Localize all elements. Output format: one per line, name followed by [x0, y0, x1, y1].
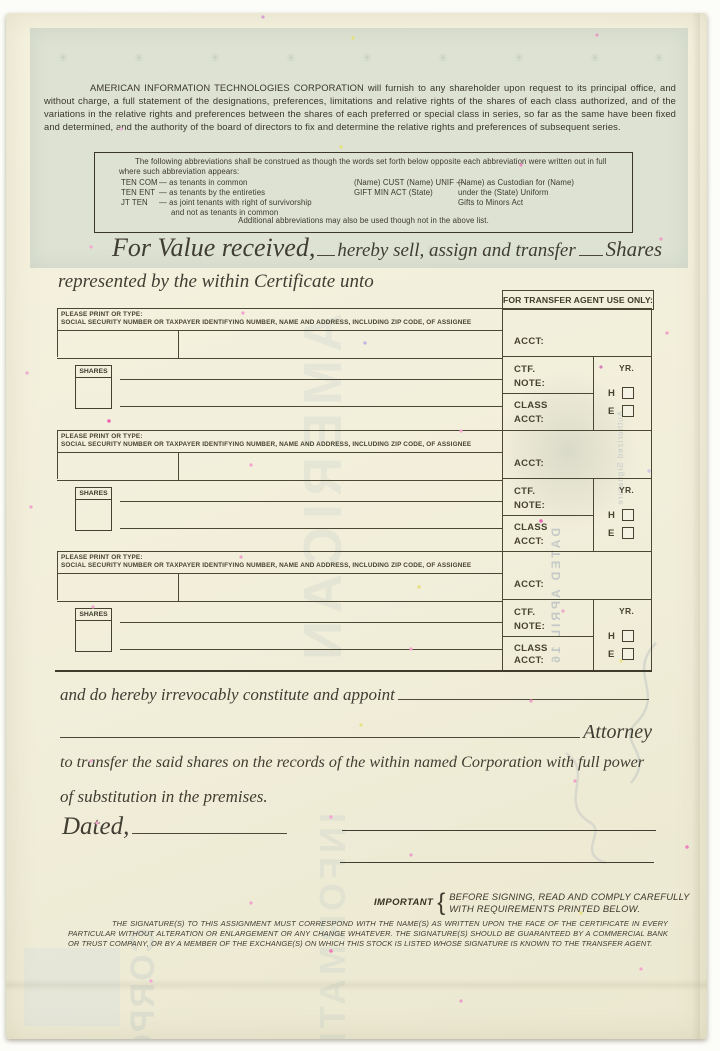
class-label: CLASS: [514, 643, 548, 654]
assignment-opening-line: For Value received, hereby sell, assign …: [112, 233, 662, 263]
agent-column-divider: [502, 430, 503, 551]
h-checkbox: [622, 509, 634, 521]
dated-line: Dated,: [62, 813, 290, 841]
represented-line: represented by the within Certificate un…: [58, 271, 374, 293]
pattern-star: [134, 49, 144, 67]
class-label: CLASS: [514, 400, 548, 411]
assignee-input-box: [57, 330, 502, 359]
shares-box: SHARES: [75, 608, 112, 652]
transfer-power-line: to transfer the said shares on the recor…: [60, 753, 644, 772]
attorney-text: Attorney: [583, 721, 652, 744]
ssn-cell: [57, 574, 179, 601]
pattern-star: [362, 49, 372, 67]
important-line2: WITH REQUIREMENTS PRINTED BELOW.: [449, 903, 689, 915]
appoint-line: and do hereby irrevocably constitute and…: [60, 685, 652, 705]
agent-column-divider: [502, 308, 503, 430]
class-acct-label: ACCT:: [514, 414, 544, 425]
dated-text: Dated,: [62, 813, 129, 841]
acct-label: ACCT:: [514, 336, 544, 347]
assignee-block: PLEASE PRINT OR TYPE: SOCIAL SECURITY NU…: [57, 308, 652, 430]
ctf-label: CTF.: [514, 486, 535, 497]
appoint-text: and do hereby irrevocably constitute and…: [60, 685, 395, 705]
abbreviations-intro: The following abbreviations shall be con…: [119, 157, 611, 177]
important-line1: BEFORE SIGNING, READ AND COMPLY CAREFULL…: [449, 891, 689, 903]
signature-line: [340, 862, 654, 863]
assignee-block: PLEASE PRINT OR TYPE: SOCIAL SECURITY NU…: [57, 551, 652, 670]
for-value-text: For Value received,: [112, 233, 315, 263]
pattern-star: [654, 49, 664, 67]
shares-word: Shares: [606, 237, 662, 262]
h-label: H: [608, 510, 615, 521]
h-checkbox: [622, 387, 634, 399]
shares-box: SHARES: [75, 487, 112, 531]
ctf-label: CTF.: [514, 364, 535, 375]
pattern-star: [58, 49, 68, 67]
abbrev-definition: (Name) as Custodian for (Name): [458, 178, 574, 188]
write-line: [120, 528, 502, 529]
signature-line: [342, 830, 656, 831]
yr-label: YR.: [619, 363, 634, 373]
hereby-text: hereby sell, assign and transfer: [337, 240, 575, 262]
shares-box-field: [75, 378, 112, 409]
class-acct-label: ACCT:: [514, 655, 544, 666]
yr-column-divider: [593, 478, 594, 551]
certificate-back-paper: AMERICAN INFORMATION CORPORATION DATED A…: [6, 13, 707, 1039]
acct-cell-border: [502, 356, 652, 357]
acct-label: ACCT:: [514, 458, 544, 469]
write-line: [120, 622, 502, 623]
paper-crease: [6, 979, 707, 991]
pattern-star: [514, 49, 524, 67]
abbrev-definition: — as joint tenants with right of survivo…: [159, 198, 312, 208]
h-label: H: [608, 388, 615, 399]
h-checkbox: [622, 630, 634, 642]
paper-speckles: [6, 13, 8, 15]
ctf-class-divider: [502, 393, 593, 394]
abbrev-term: TEN ENT: [121, 188, 155, 198]
ssn-cell: [57, 331, 179, 358]
assignee-caption: SOCIAL SECURITY NUMBER OR TAXPAYER IDENT…: [61, 562, 499, 570]
block-separator: [57, 430, 652, 431]
note-label: NOTE:: [514, 500, 545, 511]
abbrev-definition: under the (State) Uniform: [458, 188, 548, 198]
yr-column-divider: [593, 599, 594, 670]
abbrev-term: (Name) CUST (Name) UNIF —: [354, 178, 464, 188]
e-checkbox: [622, 405, 634, 417]
class-acct-label: ACCT:: [514, 536, 544, 547]
shares-box-label: SHARES: [75, 487, 112, 500]
important-notice: IMPORTANT { BEFORE SIGNING, READ AND COM…: [374, 891, 690, 914]
write-line: [120, 379, 502, 380]
shares-box-field: [75, 500, 112, 531]
e-label: E: [608, 649, 615, 660]
signature-requirements: THE SIGNATURE(S) TO THIS ASSIGNMENT MUST…: [68, 919, 668, 948]
abbrev-definition: — as tenants by the entireties: [159, 188, 265, 198]
ctf-class-divider: [502, 515, 593, 516]
acct-label: ACCT:: [514, 579, 544, 590]
pattern-star: [438, 49, 448, 67]
assignee-input-box: [57, 573, 502, 602]
appointee-blank-line: [398, 699, 649, 700]
yr-column-divider: [593, 356, 594, 430]
abbrev-term: JT TEN: [121, 198, 148, 208]
agent-column-divider: [502, 551, 503, 670]
please-print-label: PLEASE PRINT OR TYPE:: [61, 311, 499, 319]
abbrev-term: GIFT MIN ACT (State): [354, 188, 433, 198]
assignee-block: PLEASE PRINT OR TYPE: SOCIAL SECURITY NU…: [57, 430, 652, 551]
substitution-line: of substitution in the premises.: [60, 787, 268, 807]
transfer-agent-header-label: FOR TRANSFER AGENT USE ONLY:: [503, 295, 653, 305]
attorney-blank-line: [60, 737, 580, 738]
e-checkbox: [622, 648, 634, 660]
abbreviations-box: The following abbreviations shall be con…: [94, 152, 633, 233]
paper-crease: [692, 13, 700, 1039]
class-label: CLASS: [514, 522, 548, 533]
date-blank-line: [132, 833, 287, 834]
acct-cell-border: [502, 478, 652, 479]
shares-box-field: [75, 621, 112, 652]
please-print-label: PLEASE PRINT OR TYPE:: [61, 433, 499, 441]
e-label: E: [608, 406, 615, 417]
shares-blank-line: [579, 255, 603, 256]
h-label: H: [608, 631, 615, 642]
ssn-cell: [57, 453, 179, 480]
scanned-certificate-back: AMERICAN INFORMATION CORPORATION DATED A…: [0, 0, 720, 1051]
shares-box-label: SHARES: [75, 365, 112, 378]
abbrev-definition: — as tenants in common: [159, 178, 247, 188]
important-label: IMPORTANT: [374, 897, 433, 908]
block-separator: [57, 551, 652, 552]
write-line: [120, 406, 502, 407]
e-label: E: [608, 528, 615, 539]
note-label: NOTE:: [514, 378, 545, 389]
yr-label: YR.: [619, 485, 634, 495]
write-line: [120, 649, 502, 650]
abbreviations-footer: Additional abbreviations may also be use…: [95, 216, 632, 226]
assignee-input-box: [57, 452, 502, 481]
pattern-star: [210, 49, 220, 67]
ctf-class-divider: [502, 636, 593, 637]
important-brace: {: [437, 892, 445, 914]
transfer-agent-header: FOR TRANSFER AGENT USE ONLY:: [502, 290, 654, 310]
table-bottom-border: [55, 670, 652, 672]
abbrev-term: TEN COM: [121, 178, 158, 188]
write-line: [120, 501, 502, 502]
e-checkbox: [622, 527, 634, 539]
pattern-star: [590, 49, 600, 67]
assignee-caption: SOCIAL SECURITY NUMBER OR TAXPAYER IDENT…: [61, 441, 499, 449]
please-print-label: PLEASE PRINT OR TYPE:: [61, 554, 499, 562]
shares-box: SHARES: [75, 365, 112, 409]
ctf-label: CTF.: [514, 607, 535, 618]
abbrev-definition: Gifts to Minors Act: [458, 198, 523, 208]
assignee-caption: SOCIAL SECURITY NUMBER OR TAXPAYER IDENT…: [61, 319, 499, 327]
acct-cell-border: [502, 599, 652, 600]
shares-box-label: SHARES: [75, 608, 112, 621]
attorney-line: Attorney: [57, 721, 652, 744]
block-separator: [57, 308, 652, 309]
yr-label: YR.: [619, 606, 634, 616]
shareholder-notice-paragraph: AMERICAN INFORMATION TECHNOLOGIES CORPOR…: [44, 81, 676, 133]
pattern-star: [286, 49, 296, 67]
name-blank-line: [317, 255, 335, 256]
note-label: NOTE:: [514, 621, 545, 632]
